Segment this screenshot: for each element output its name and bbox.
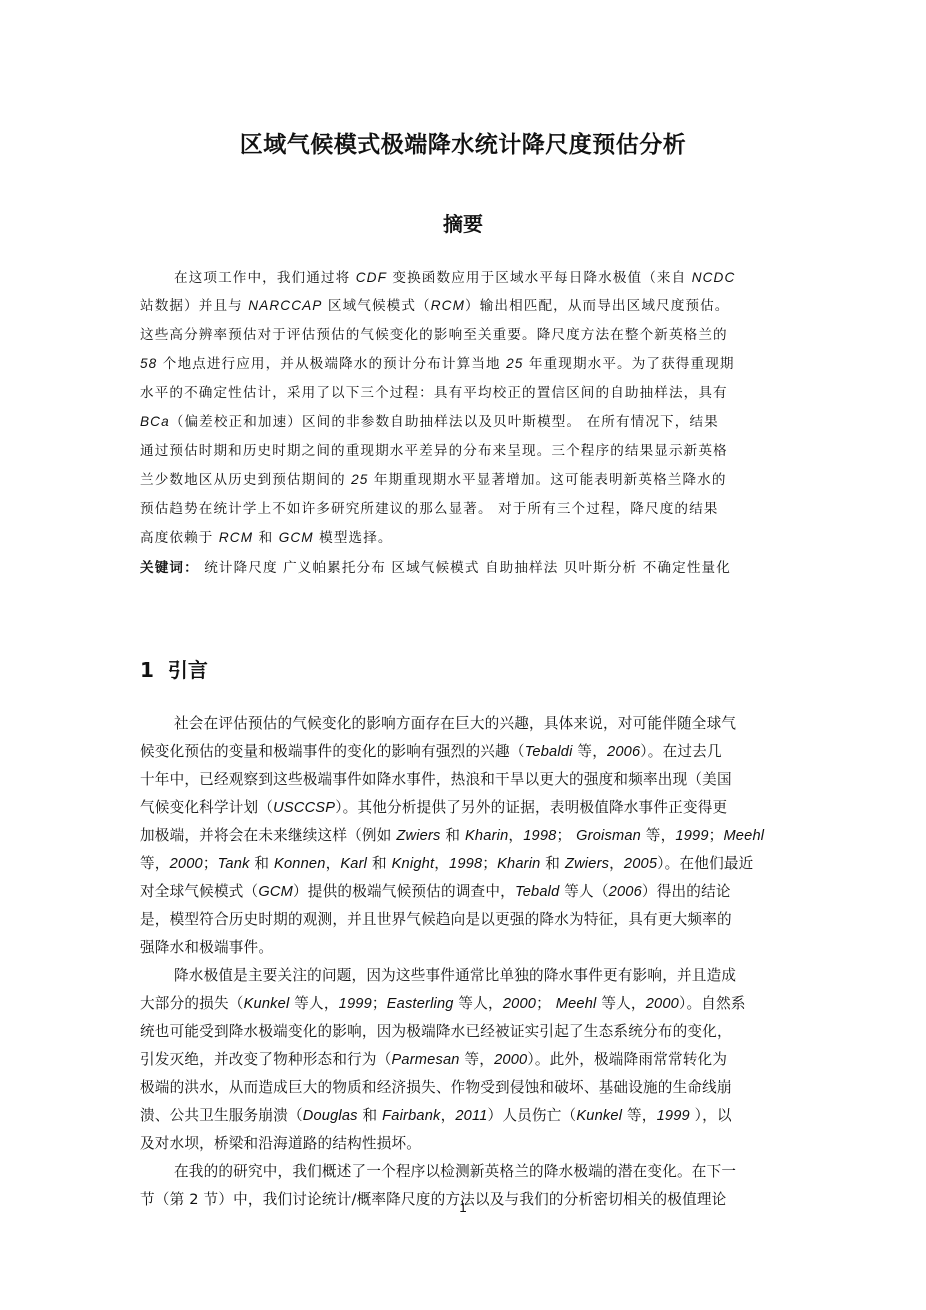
body-line: 降水极值是主要关注的问题，因为这些事件通常比单独的降水事件更有影响，并且造成	[140, 964, 824, 985]
body-line: 统也可能受到降水极端变化的影响，因为极端降水已经被证实引起了生态系统分布的变化，	[140, 1020, 790, 1041]
keywords: 关键词： 统计降尺度 广义帕累托分布 区域气候模式 自助抽样法 贝叶斯分析 不确…	[140, 556, 790, 576]
paper-title: 区域气候模式极端降水统计降尺度预估分析	[0, 126, 926, 159]
abstract-line: 58 个地点进行应用，并从极端降水的预计分布计算当地 25 年重现期水平。为了获…	[140, 352, 790, 372]
body-line: 及对水坝，桥梁和沿海道路的结构性损坏。	[140, 1132, 790, 1153]
body-line: 是，模型符合历史时期的观测，并且世界气候趋向是以更强的降水为特征，具有更大频率的	[140, 908, 790, 929]
body-line: 气候变化科学计划（USCCSP）。其他分析提供了另外的证据，表明极值降水事件正变…	[140, 796, 790, 817]
body-line: 大部分的损失（Kunkel 等人，1999；Easterling 等人，2000…	[140, 992, 790, 1013]
body-line: 溃、公共卫生服务崩溃（Douglas 和 Fairbank，2011）人员伤亡（…	[140, 1104, 790, 1125]
body-line: 极端的洪水，从而造成巨大的物质和经济损失、作物受到侵蚀和破坏、基础设施的生命线崩	[140, 1076, 790, 1097]
abstract-line: 在这项工作中，我们通过将 CDF 变换函数应用于区域水平每日降水极值（来自 NC…	[140, 266, 824, 286]
body-line: 在我的的研究中，我们概述了一个程序以检测新英格兰的降水极端的潜在变化。在下一	[140, 1160, 824, 1181]
body-line: 等，2000；Tank 和 Konnen，Karl 和 Knight，1998；…	[140, 852, 790, 873]
keyword: 不确定性量化	[643, 560, 731, 576]
abstract-line: 这些高分辨率预估对于评估预估的气候变化的影响至关重要。降尺度方法在整个新英格兰的	[140, 323, 790, 343]
keyword: 贝叶斯分析	[564, 560, 637, 576]
section-heading: 1 引言	[140, 654, 208, 683]
abstract-line: 水平的不确定性估计，采用了以下三个过程：具有平均校正的置信区间的自助抽样法，具有	[140, 381, 790, 401]
body-line: 候变化预估的变量和极端事件的变化的影响有强烈的兴趣（Tebaldi 等，2006…	[140, 740, 790, 761]
body-line: 对全球气候模式（GCM）提供的极端气候预估的调查中，Tebald 等人（2006…	[140, 880, 790, 901]
abstract-line: BCa（偏差校正和加速）区间的非参数自助抽样法以及贝叶斯模型。 在所有情况下，结…	[140, 410, 790, 430]
body-line: 强降水和极端事件。	[140, 936, 790, 957]
document-page: 区域气候模式极端降水统计降尺度预估分析 摘要 在这项工作中，我们通过将 CDF …	[0, 0, 926, 1310]
body-line: 引发灭绝，并改变了物种形态和行为（Parmesan 等，2000）。此外，极端降…	[140, 1048, 790, 1069]
abstract-line: 站数据）并且与 NARCCAP 区域气候模式（RCM）输出相匹配，从而导出区域尺…	[140, 294, 790, 314]
keyword: 广义帕累托分布	[283, 560, 386, 576]
keyword: 区域气候模式	[391, 560, 479, 576]
abstract-heading: 摘要	[0, 208, 926, 237]
keyword: 统计降尺度	[204, 560, 277, 576]
body-line: 十年中，已经观察到这些极端事件如降水事件，热浪和干旱以更大的强度和频率出现（美国	[140, 768, 790, 789]
abstract-line: 兰少数地区从历史到预估期间的 25 年期重现期水平显著增加。这可能表明新英格兰降…	[140, 468, 790, 488]
page-number: 1	[0, 1200, 926, 1215]
body-line: 社会在评估预估的气候变化的影响方面存在巨大的兴趣，具体来说，对可能伴随全球气	[140, 712, 824, 733]
keywords-label: 关键词：	[140, 560, 199, 576]
keyword: 自助抽样法	[485, 560, 558, 576]
body-line: 加极端，并将会在未来继续这样（例如 Zwiers 和 Kharin，1998； …	[140, 824, 790, 845]
abstract-line: 预估趋势在统计学上不如许多研究所建议的那么显著。 对于所有三个过程，降尺度的结果	[140, 497, 790, 517]
abstract-line: 通过预估时期和历史时期之间的重现期水平差异的分布来呈现。三个程序的结果显示新英格	[140, 439, 790, 459]
abstract-line: 高度依赖于 RCM 和 GCM 模型选择。	[140, 526, 790, 546]
